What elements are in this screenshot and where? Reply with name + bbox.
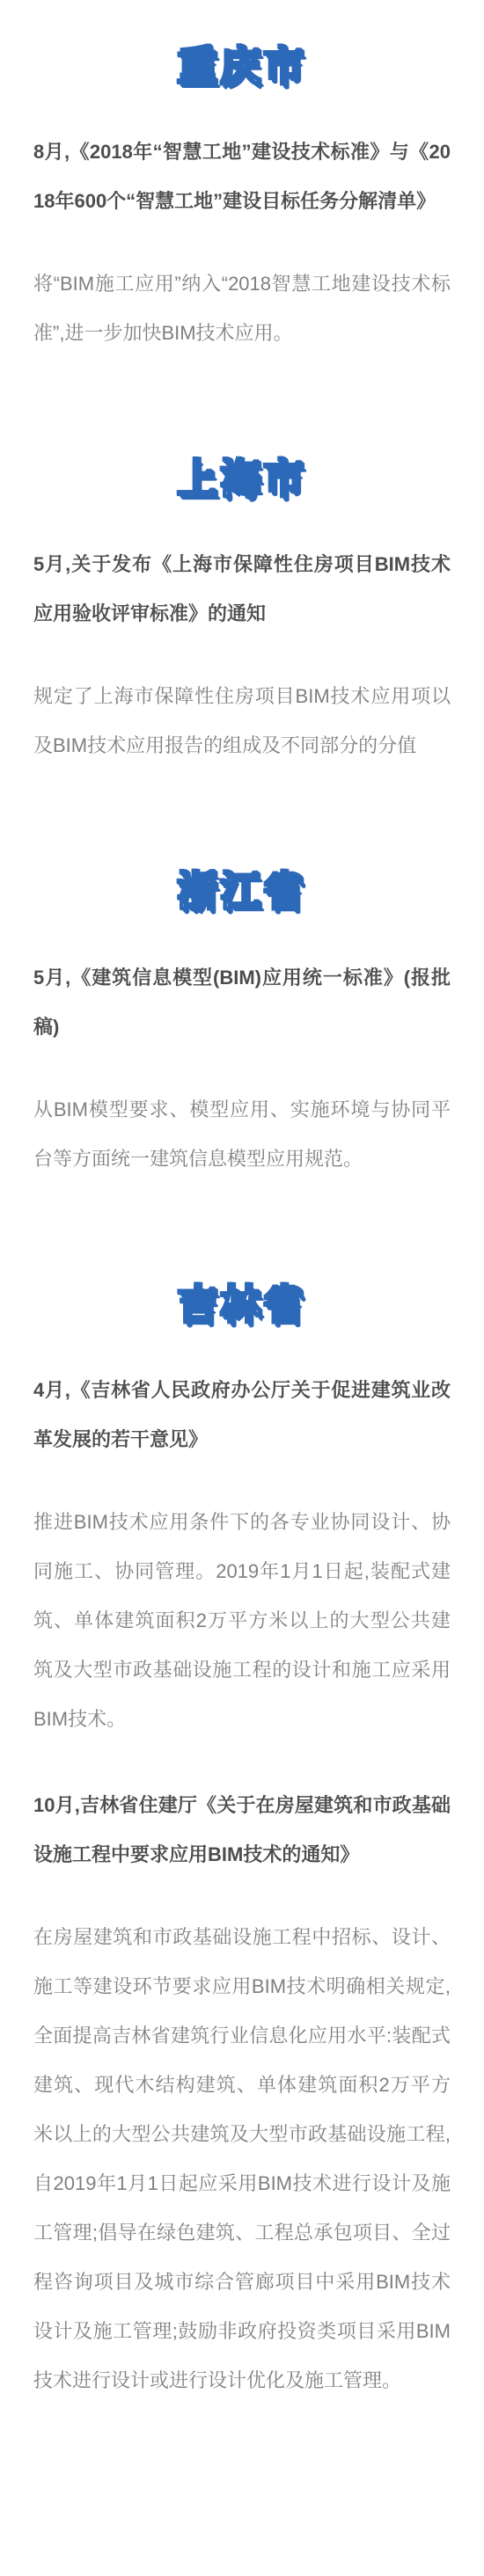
policy-body: 将“BIM施工应用”纳入“2018智慧工地建设技术标准”,进一步加快BIM技术应… (33, 259, 451, 358)
section-zhejiang: 浙江省 5月,《建筑信息模型(BIM)应用统一标准》(报批稿) 从BIM模型要求… (33, 867, 451, 1183)
policy-heading: 10月,吉林省住建厅《关于在房屋建筑和市政基础设施工程中要求应用BIM技术的通知… (33, 1781, 451, 1879)
section-title-zhejiang: 浙江省 (33, 867, 451, 916)
policy-heading: 5月,关于发布《上海市保障性住房项目BIM技术应用验收评审标准》的通知 (33, 540, 451, 639)
policy-body: 规定了上海市保障性住房项目BIM技术应用项以及BIM技术应用报告的组成及不同部分… (33, 672, 451, 770)
section-title-chongqing: 重庆市 (33, 42, 451, 91)
policy-heading: 8月,《2018年“智慧工地”建设技术标准》与《2018年600个“智慧工地”建… (33, 128, 451, 226)
policy-heading: 5月,《建筑信息模型(BIM)应用统一标准》(报批稿) (33, 953, 451, 1052)
policy-body: 从BIM模型要求、模型应用、实施环境与协同平台等方面统一建筑信息模型应用规范。 (33, 1085, 451, 1184)
section-title-shanghai: 上海市 (33, 455, 451, 503)
section-shanghai: 上海市 5月,关于发布《上海市保障性住房项目BIM技术应用验收评审标准》的通知 … (33, 455, 451, 770)
policy-heading: 4月,《吉林省人民政府办公厅关于促进建筑业改革发展的若干意见》 (33, 1366, 451, 1464)
policy-body: 在房屋建筑和市政基础设施工程中招标、设计、施工等建设环节要求应用BIM技术明确相… (33, 1913, 451, 2405)
section-jilin: 吉林省 4月,《吉林省人民政府办公厅关于促进建筑业改革发展的若干意见》 推进BI… (33, 1281, 451, 2405)
article-page: 重庆市 8月,《2018年“智慧工地”建设技术标准》与《2018年600个“智慧… (0, 0, 484, 2441)
section-title-jilin: 吉林省 (33, 1281, 451, 1329)
policy-body: 推进BIM技术应用条件下的各专业协同设计、协同施工、协同管理。2019年1月1日… (33, 1498, 451, 1744)
section-chongqing: 重庆市 8月,《2018年“智慧工地”建设技术标准》与《2018年600个“智慧… (33, 42, 451, 358)
